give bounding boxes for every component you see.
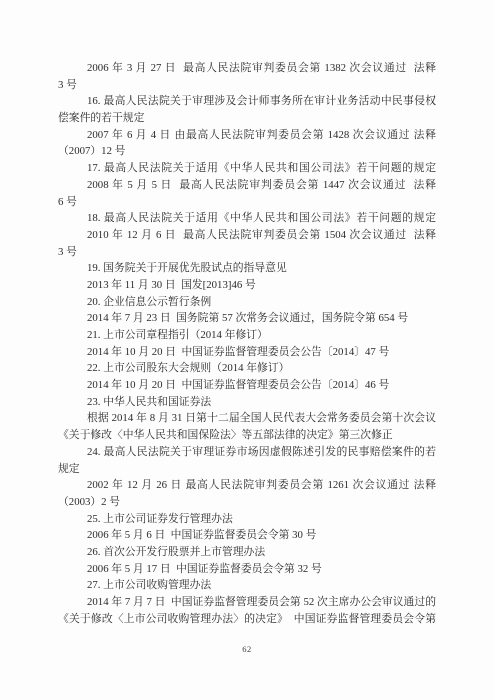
text-line: 27. 上市公司收购管理办法 bbox=[58, 577, 436, 594]
text-line: 规定 bbox=[58, 461, 436, 478]
text-line: 22. 上市公司股东大会规则（2014 年修订） bbox=[58, 360, 436, 377]
text-line: 6 号 bbox=[58, 194, 436, 211]
text-line: 2006 年 5 月 6 日 中国证券监督委员会令第 30 号 bbox=[58, 527, 436, 544]
text-line: 19. 国务院关于开展优先股试点的指导意见 bbox=[58, 260, 436, 277]
text-line: 24. 最高人民法院关于审理证券市场因虚假陈述引发的民事赔偿案件的若干 bbox=[58, 444, 436, 461]
text-line: 2007 年 6 月 4 日 由最高人民法院审判委员会第 1428 次会议通过 … bbox=[58, 127, 436, 144]
text-line: 3 号 bbox=[58, 77, 436, 94]
text-line: 23. 中华人民共和国证券法 bbox=[58, 394, 436, 411]
text-line: 2014 年 7 月 7 日 中国证券监督管理委员会第 52 次主席办公会审议通… bbox=[58, 594, 436, 611]
text-line: 2008 年 5 月 5 日 最高人民法院审判委员会第 1447 次会议通过 法… bbox=[58, 177, 436, 194]
text-line: （2003）2 号 bbox=[58, 494, 436, 511]
text-line: 2014 年 10 月 20 日 中国证券监督管理委员会公告〔2014〕46 号 bbox=[58, 377, 436, 394]
text-line: 17. 最高人民法院关于适用《中华人民共和国公司法》若干问题的规定（二） bbox=[58, 160, 436, 177]
text-line: 26. 首次公开发行股票并上市管理办法 bbox=[58, 544, 436, 561]
text-line: 《关于修改〈上市公司收购管理办法〉的决定》 中国证券监督管理委员会令第 bbox=[58, 611, 436, 628]
text-line: 2014 年 10 月 20 日 中国证券监督管理委员会公告〔2014〕47 号 bbox=[58, 344, 436, 361]
text-line: 18. 最高人民法院关于适用《中华人民共和国公司法》若干问题的规定（三） bbox=[58, 210, 436, 227]
text-line: 2013 年 11 月 30 日 国发[2013]46 号 bbox=[58, 277, 436, 294]
page-number: 62 bbox=[242, 644, 252, 654]
text-line: （2007）12 号 bbox=[58, 143, 436, 160]
text-line: 21. 上市公司章程指引（2014 年修订） bbox=[58, 327, 436, 344]
text-line: 2010 年 12 月 6 日 最高人民法院审判委员会第 1504 次会议通过 … bbox=[58, 227, 436, 244]
text-line: 2014 年 7 月 23 日 国务院第 57 次常务会议通过，国务院令第 65… bbox=[58, 310, 436, 327]
text-line: 偿案件的若干规定 bbox=[58, 110, 436, 127]
text-line: 16. 最高人民法院关于审理涉及会计师事务所在审计业务活动中民事侵权赔 bbox=[58, 93, 436, 110]
text-line: 25. 上市公司证券发行管理办法 bbox=[58, 511, 436, 528]
text-line: 2002 年 12 月 26 日 最高人民法院审判委员会第 1261 次会议通过… bbox=[58, 477, 436, 494]
document-page: 2006 年 3 月 27 日 最高人民法院审判委员会第 1382 次会议通过 … bbox=[0, 0, 494, 700]
text-line: 根据 2014 年 8 月 31 日第十二届全国人民代表大会常务委员会第十次会议 bbox=[58, 410, 436, 427]
text-line: 2006 年 3 月 27 日 最高人民法院审判委员会第 1382 次会议通过 … bbox=[58, 60, 436, 77]
text-line: 2006 年 5 月 17 日 中国证券监督委员会令第 32 号 bbox=[58, 561, 436, 578]
text-line: 20. 企业信息公示暂行条例 bbox=[58, 294, 436, 311]
text-line: 《关于修改〈中华人民共和国保险法〉等五部法律的决定》第三次修正 bbox=[58, 427, 436, 444]
text-block: 2006 年 3 月 27 日 最高人民法院审判委员会第 1382 次会议通过 … bbox=[58, 60, 436, 627]
page-footer: 62 bbox=[0, 639, 494, 657]
text-line: 3 号 bbox=[58, 244, 436, 261]
